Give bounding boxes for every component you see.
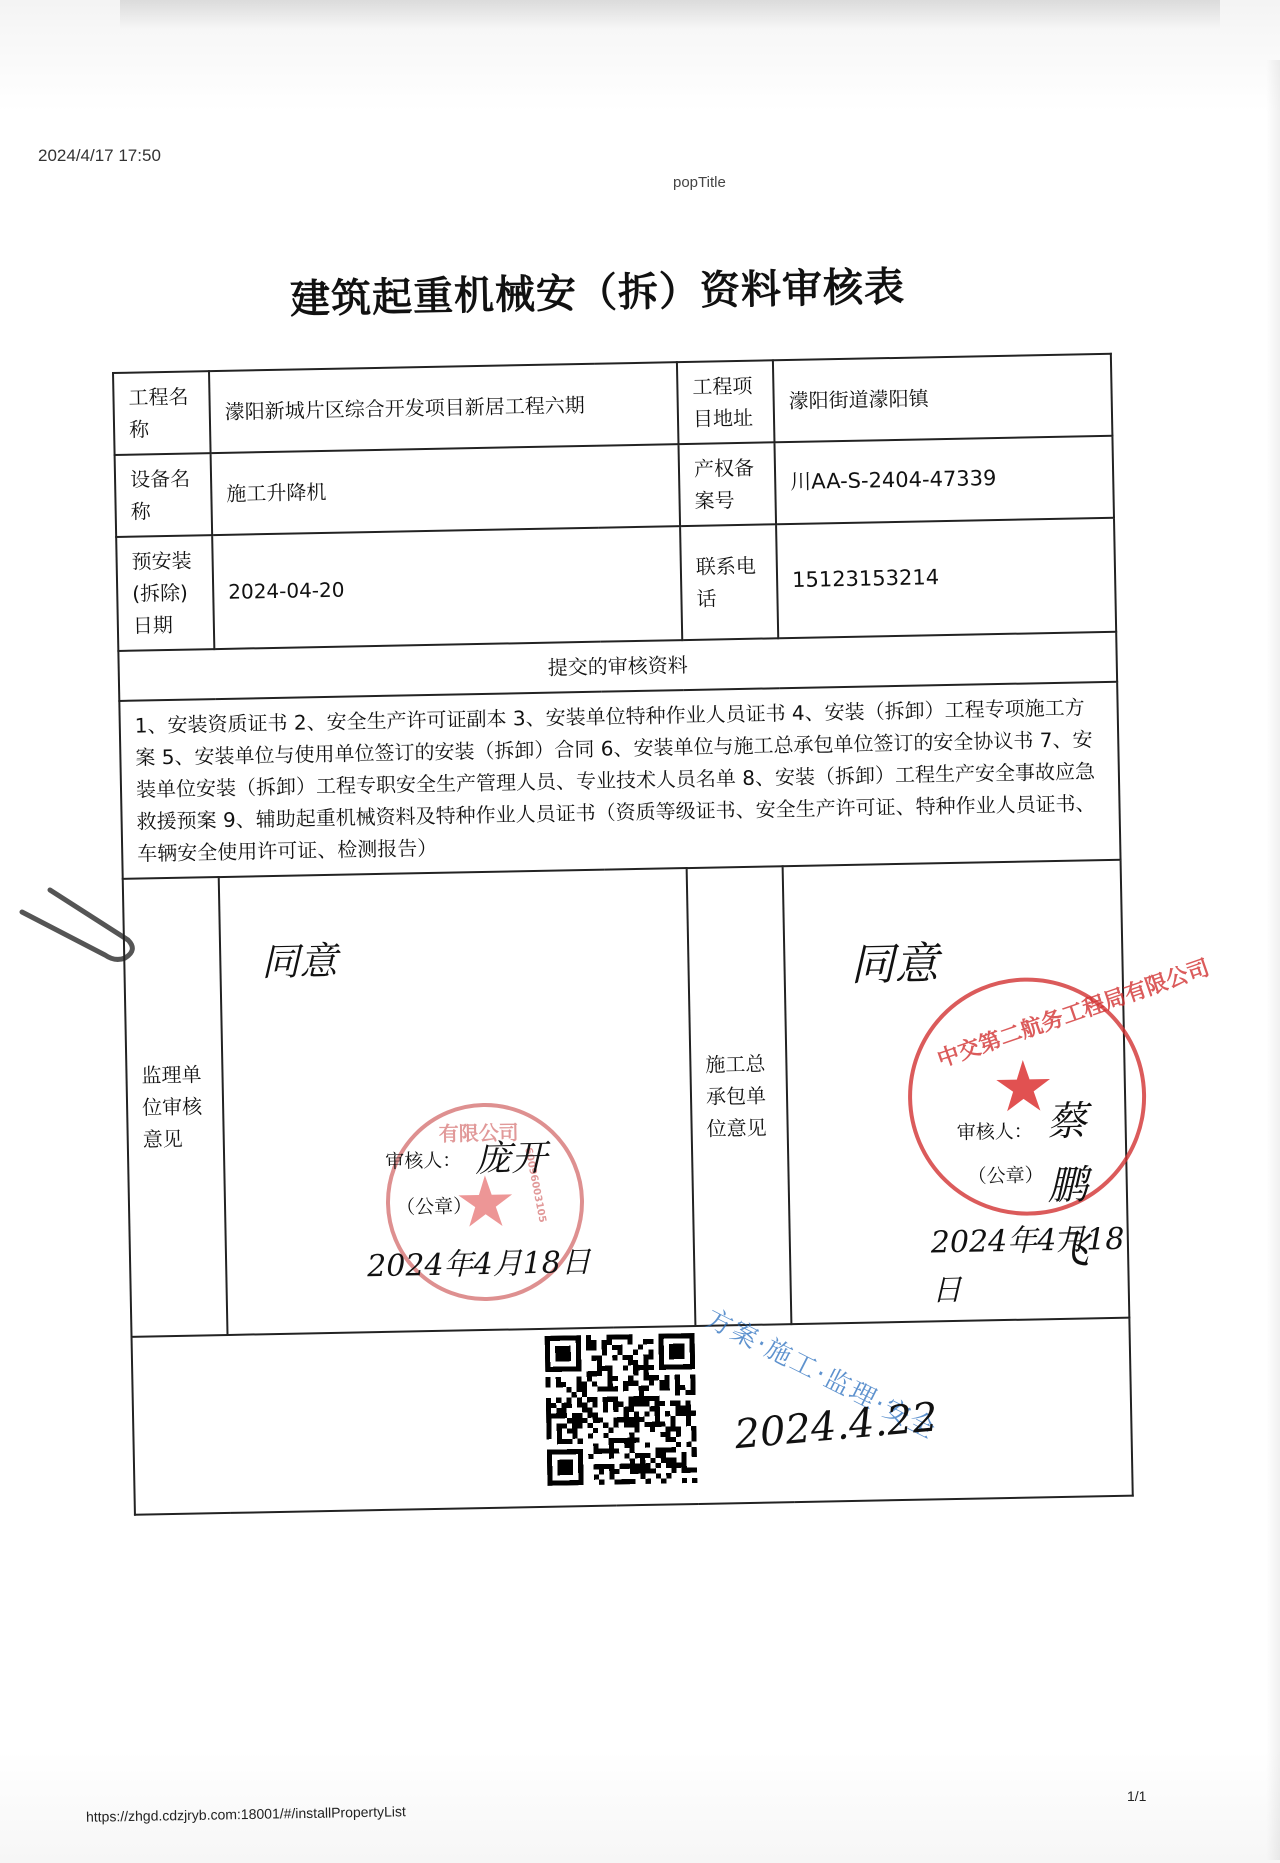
page-number: 1/1 (1127, 1788, 1146, 1804)
label-supervision-opinion: 监理单位审核意见 (123, 877, 228, 1337)
label-equipment-name: 设备名称 (115, 453, 213, 537)
label-registration-no: 产权备案号 (678, 442, 776, 526)
supervision-seal-label: （公章） (396, 1191, 473, 1223)
contractor-seal-label: （公章） (967, 1160, 1044, 1192)
label-project-name: 工程名称 (113, 371, 211, 455)
row-bottom: 方案·施工·监理·安全 2024.4.22 (132, 1318, 1133, 1515)
value-equipment-name: 施工升降机 (211, 444, 680, 535)
value-project-name: 濛阳新城片区综合开发项目新居工程六期 (209, 362, 678, 453)
paperclip-icon (10, 872, 135, 962)
scan-edge-shadow (120, 0, 1220, 30)
row-materials: 1、安装资质证书 2、安全生产许可证副本 3、安装单位特种作业人员证书 4、安装… (119, 682, 1120, 879)
qr-code[interactable] (545, 1333, 698, 1486)
value-project-address: 濛阳街道濛阳镇 (773, 354, 1113, 442)
value-contact-phone: 15123153214 (776, 518, 1116, 638)
supervision-date: 2024年4月18日 (367, 1239, 591, 1291)
form-table: 工程名称 濛阳新城片区综合开发项目新居工程六期 工程项目地址 濛阳街道濛阳镇 设… (112, 353, 1134, 1516)
supervision-opinion-cell: 同意 有限公司 ★ 60096003105 审核人： 庞开 （公章） 2024年… (219, 868, 696, 1335)
supervision-reviewer-signature: 庞开 (475, 1130, 548, 1189)
scan-edge-shadow-right (1266, 60, 1280, 1860)
pop-title: popTitle (673, 174, 726, 191)
supervision-reviewer-label: 审核人： (385, 1145, 462, 1177)
label-install-date: 预安装(拆除)日期 (116, 535, 214, 651)
supervision-handwritten-opinion: 同意 (261, 931, 338, 993)
contractor-handwritten-opinion: 同意 (850, 929, 939, 1001)
row-opinions: 监理单位审核意见 同意 有限公司 ★ 60096003105 审核人： 庞开 （… (123, 860, 1130, 1337)
contractor-opinion-cell: 同意 中交第二航务工程局有限公司 ★ 审核人： 蔡鹏飞 （公章） 2024年4月… (783, 860, 1130, 1324)
review-form: 工程名称 濛阳新城片区综合开发项目新居工程六期 工程项目地址 濛阳街道濛阳镇 设… (112, 353, 1134, 1516)
contractor-reviewer-label: 审核人： (956, 1116, 1033, 1148)
value-registration-no: 川AA-S-2404-47339 (774, 436, 1114, 524)
label-contractor-opinion: 施工总承包单位意见 (687, 866, 792, 1326)
bottom-handwritten-date: 2024.4.22 (732, 1385, 940, 1467)
bottom-verification-cell: 方案·施工·监理·安全 2024.4.22 (132, 1318, 1133, 1515)
label-contact-phone: 联系电话 (680, 524, 778, 640)
contractor-date: 2024年4月18日 (930, 1216, 1128, 1316)
label-project-address: 工程项目地址 (677, 360, 775, 444)
value-install-date: 2024-04-20 (212, 526, 682, 649)
materials-list: 1、安装资质证书 2、安全生产许可证副本 3、安装单位特种作业人员证书 4、安装… (119, 682, 1120, 879)
row-install-date: 预安装(拆除)日期 2024-04-20 联系电话 15123153214 (116, 518, 1116, 651)
print-timestamp: 2024/4/17 17:50 (38, 146, 161, 166)
